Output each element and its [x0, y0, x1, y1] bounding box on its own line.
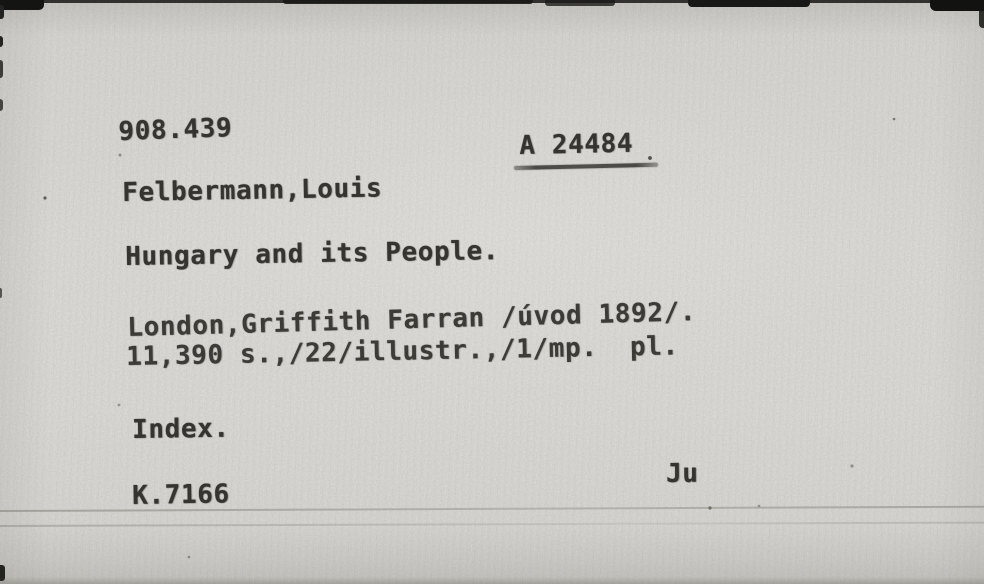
scan-edge-artifact — [688, 0, 810, 7]
accession-number: A 24484 — [519, 131, 633, 159]
scan-edge-artifact — [545, 0, 615, 6]
scan-edge-nick — [0, 5, 4, 19]
scan-edge-nick — [0, 99, 3, 111]
scan-edge-artifact — [0, 0, 44, 10]
author-line: Felbermann,Louis — [122, 175, 382, 206]
scan-edge-nick — [0, 36, 3, 47]
accession-number-underline — [514, 163, 658, 170]
scan-edge-artifact — [930, 0, 984, 11]
scan-edge-artifact — [283, 0, 533, 4]
scan-edge-nick — [0, 565, 5, 581]
scan-edge-nick — [0, 288, 2, 298]
paper-specks — [0, 0, 2, 2]
catalog-card-scan: 908.439 A 24484 Felbermann,Louis Hungary… — [0, 0, 984, 584]
scan-edge-bottom-shadow — [0, 577, 984, 584]
marginal-note: Ju — [666, 461, 699, 487]
bottom-rule-line-2 — [0, 522, 984, 527]
inventory-number: K.7166 — [132, 481, 230, 509]
scan-edge-nick — [0, 60, 3, 78]
scan-edge-top-line — [0, 0, 984, 3]
classification-number: 908.439 — [118, 115, 233, 145]
scan-edge-artifact — [979, 0, 984, 28]
note-line: Index. — [132, 416, 230, 443]
title-line: Hungary and its People. — [125, 238, 499, 270]
